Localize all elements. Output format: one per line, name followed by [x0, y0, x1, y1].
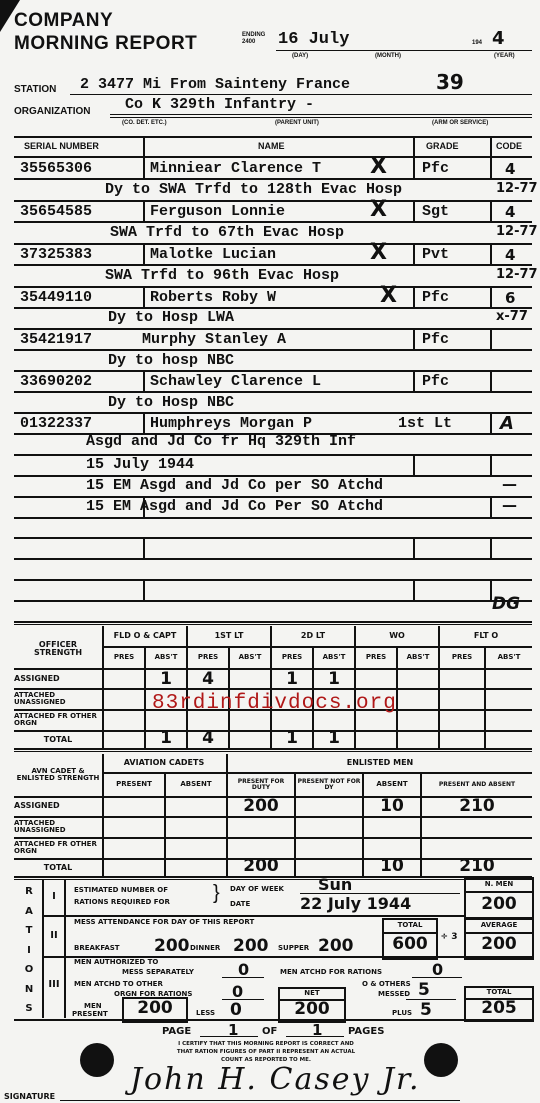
present-label: PRESENT	[72, 1010, 108, 1018]
group-flt-o: FLT O	[440, 626, 532, 646]
year-value: 4	[492, 28, 505, 49]
roster-remark: Asgd and Jd Co fr Hq 329th Inf	[86, 433, 356, 450]
roster-remark: Dy to hosp NBC	[108, 352, 234, 369]
breakfast-value: 200	[154, 936, 190, 956]
title-morning-report: MORNING REPORT	[14, 33, 197, 55]
subcol-abst: ABS'T	[146, 648, 186, 668]
x-mark: X	[370, 154, 387, 179]
enlisted-strength-title: AVN CADET & ENLISTED STRENGTH	[14, 754, 102, 796]
grade: Pfc	[422, 331, 449, 348]
enlisted-value: 200	[228, 858, 294, 876]
remark-code: 12-77	[496, 267, 538, 282]
code: 4	[505, 246, 515, 264]
total-value: 600	[384, 935, 436, 955]
subcol-present-for-duty: PRESENT FOR DUTY	[228, 774, 294, 796]
serial-number: 35449110	[20, 289, 92, 306]
net-value: 200	[280, 1000, 344, 1019]
men-box-label: N. MEN	[466, 879, 532, 891]
grade: Pfc	[422, 289, 449, 306]
grade: Pfc	[422, 160, 449, 177]
x-mark: X	[370, 197, 387, 222]
brace: }	[213, 882, 220, 905]
remark-code: 12-77	[496, 224, 538, 239]
subcol-abst: ABS'T	[398, 648, 438, 668]
org-caption-co: (CO. DET. ETC.)	[122, 120, 167, 126]
remark-code: x-77	[496, 309, 528, 324]
page-label: PAGE	[162, 1026, 191, 1037]
ending-label: ENDING 2400	[242, 32, 272, 46]
signature: John H. Casey Jr.	[130, 1062, 421, 1097]
men-authorized-label: MEN AUTHORIZED TO	[74, 958, 158, 966]
breakfast-label: BREAKFAST	[74, 944, 120, 952]
supper-value: 200	[318, 936, 354, 956]
less-label: LESS	[196, 1009, 215, 1017]
divide-by-three: ÷ 3	[440, 925, 458, 951]
enlisted-value: 210	[422, 858, 532, 876]
station-label: STATION	[14, 84, 56, 95]
watermark: 83rdinfdivdocs.org	[152, 692, 397, 715]
subcol-pres: PRES	[104, 648, 144, 668]
punch-hole-right	[424, 1043, 458, 1077]
enlisted-value: 210	[422, 797, 532, 817]
dinner-label: DINNER	[190, 944, 220, 952]
subcol-pres: PRES	[356, 648, 396, 668]
serial-number: 01322337	[20, 415, 92, 432]
section-i-label: RATIONS REQUIRED FOR	[74, 898, 170, 906]
section-i-label: ESTIMATED NUMBER OF	[74, 886, 168, 894]
enlisted-value: 10	[364, 797, 420, 817]
roster-extra-line: 15 EM Asgd and Jd Co per SO Atchd	[86, 477, 383, 494]
row-label-attached-unassigned: ATTACHED UNASSIGNED	[14, 817, 102, 837]
grade: 1st Lt	[398, 415, 452, 432]
row-label-attached-other: ATTACHED FR OTHER ORGN	[14, 710, 102, 730]
roster-extra-line: 15 EM Asgd and Jd Co Per SO Atchd	[86, 498, 383, 515]
supper-label: SUPPER	[278, 944, 309, 952]
serial-number: 35565306	[20, 160, 92, 177]
code: —	[502, 496, 517, 514]
grade: Sgt	[422, 203, 449, 220]
day-caption: (DAY)	[292, 53, 308, 59]
less-value: 0	[230, 1000, 242, 1020]
soldier-name: Minniear Clarence T	[150, 160, 321, 177]
row-label-attached-unassigned: ATTACHED UNASSIGNED	[14, 689, 102, 709]
mess-separately-label: MESS SEPARATELY	[122, 968, 194, 976]
officer-value: 1	[146, 730, 186, 748]
of-label: OF	[262, 1026, 277, 1037]
men-box-value: 200	[466, 895, 532, 915]
messed-label: MESSED	[378, 990, 410, 998]
officer-strength-title: OFFICER STRENGTH	[14, 628, 102, 670]
total-label: TOTAL	[384, 920, 436, 932]
certification-line: THAT RATION FIGURES OF PART II REPRESENT…	[146, 1049, 386, 1055]
code: 6	[505, 289, 515, 307]
serial-number: 35421917	[20, 331, 92, 348]
title-company: COMPANY	[14, 10, 113, 32]
officer-value: 1	[314, 670, 354, 690]
month-caption: (MONTH)	[375, 53, 401, 59]
subcol-present-not-for-duty: PRESENT NOT FOR DY	[296, 774, 362, 796]
serial-number: 33690202	[20, 373, 92, 390]
plus-value: 5	[420, 1000, 432, 1020]
punch-hole-left	[80, 1043, 114, 1077]
soldier-name: Schawley Clarence L	[150, 373, 321, 390]
average-value: 200	[466, 935, 532, 955]
roster-remark: Dy to Hosp LWA	[108, 309, 234, 326]
others-messed-value: 5	[418, 980, 430, 1000]
code: A	[500, 413, 514, 434]
group-2d-lt: 2D LT	[272, 626, 354, 646]
group-1st-lt: 1ST LT	[188, 626, 270, 646]
station-value: 2 3477 Mi From Sainteny France	[80, 76, 350, 93]
section-i-number: I	[44, 882, 64, 912]
men-atchd-rations-label: MEN ATCHD FOR RATIONS	[280, 968, 382, 976]
officer-value: 1	[272, 730, 312, 748]
serial-number: 35654585	[20, 203, 92, 220]
men-present-value: 200	[124, 999, 186, 1019]
plus-label: PLUS	[392, 1009, 412, 1017]
roster-remark: Dy to Hosp NBC	[108, 394, 234, 411]
report-date: 16 July	[278, 30, 349, 49]
col-grade: GRADE	[426, 141, 459, 151]
subcol-pres: PRES	[188, 648, 228, 668]
roster-remark: Dy to SWA Trfd to 128th Evac Hosp	[105, 181, 402, 198]
signature-label: SIGNATURE	[4, 1092, 55, 1101]
row-label-total: TOTAL	[14, 860, 102, 876]
certification-line: I CERTIFY THAT THIS MORNING REPORT IS CO…	[146, 1041, 386, 1047]
row-label-total: TOTAL	[14, 732, 102, 748]
subcol-pres: PRES	[440, 648, 484, 668]
pages-label: PAGES	[348, 1026, 384, 1037]
average-label: AVERAGE	[466, 920, 532, 932]
subcol-abst: ABS'T	[486, 648, 532, 668]
group-wo: WO	[356, 626, 438, 646]
enlisted-value: 200	[228, 797, 294, 817]
rations-total-value: 205	[466, 999, 532, 1018]
men-atchd-other-label: MEN ATCHD TO OTHER	[74, 980, 163, 988]
initials: DG	[492, 594, 520, 614]
col-name: NAME	[258, 141, 285, 151]
rations-total-label: TOTAL	[466, 987, 532, 998]
officer-value: 4	[188, 730, 228, 748]
roster-remark: SWA Trfd to 96th Evac Hosp	[105, 267, 339, 284]
officer-value: 1	[314, 730, 354, 748]
mess-attendance-label: MESS ATTENDANCE FOR DAY OF THIS REPORT	[74, 918, 254, 926]
group-enlisted-men: ENLISTED MEN	[228, 754, 532, 772]
enlisted-value: 10	[364, 858, 420, 876]
remark-code: 12-77	[496, 181, 538, 196]
soldier-name: Humphreys Morgan P	[150, 415, 312, 432]
subcol-absent: ABSENT	[166, 774, 226, 796]
dinner-value: 200	[233, 936, 269, 956]
section-iii-number: III	[44, 970, 64, 1000]
organization-value: Co K 329th Infantry -	[125, 96, 314, 113]
soldier-name: Murphy Stanley A	[142, 331, 286, 348]
officer-value: 1	[146, 670, 186, 690]
officer-value: 1	[272, 670, 312, 690]
roster-extra-line: 15 July 1944	[86, 456, 194, 473]
year-caption: (YEAR)	[494, 53, 515, 59]
row-label-attached-other: ATTACHED FR OTHER ORGN	[14, 838, 102, 858]
group-fld-o-capt: FLD O & CAPT	[104, 626, 186, 646]
grade: Pfc	[422, 373, 449, 390]
row-label-assigned: ASSIGNED	[14, 670, 102, 688]
serial-number: 37325383	[20, 246, 92, 263]
subcol-present-and-absent: PRESENT AND ABSENT	[422, 774, 532, 796]
year-prefix: 194	[472, 40, 482, 46]
roster-remark: SWA Trfd to 67th Evac Hosp	[110, 224, 344, 241]
grade: Pvt	[422, 246, 449, 263]
row-label-assigned: ASSIGNED	[14, 797, 102, 815]
day-of-week-value: Sun	[318, 875, 352, 894]
day-of-week-label: DAY OF WEEK	[230, 885, 284, 893]
group-aviation-cadets: AVIATION CADETS	[104, 754, 224, 772]
ration-date-value: 22 July 1944	[300, 894, 411, 913]
men-label: MEN	[84, 1002, 102, 1010]
organization-label: ORGANIZATION	[14, 106, 90, 117]
net-label: NET	[280, 988, 344, 999]
section-ii-number: II	[44, 918, 64, 954]
soldier-name: Roberts Roby W	[150, 289, 276, 306]
subcol-absent: ABSENT	[364, 774, 420, 796]
org-caption-parent: (PARENT UNIT)	[275, 120, 319, 126]
code: —	[502, 475, 517, 493]
col-serial-number: SERIAL NUMBER	[24, 141, 99, 151]
x-mark: X	[370, 240, 387, 265]
col-code: CODE	[496, 141, 522, 151]
rations-side-label: R A T I O N S	[22, 882, 36, 1019]
code: 4	[505, 203, 515, 221]
soldier-name: Malotke Lucian	[150, 246, 276, 263]
date-label: DATE	[230, 900, 250, 908]
soldier-name: Ferguson Lonnie	[150, 203, 285, 220]
subcol-present: PRESENT	[104, 774, 164, 796]
x-mark: X	[380, 283, 397, 308]
subcol-abst: ABS'T	[314, 648, 354, 668]
station-note: 39	[436, 70, 464, 94]
subcol-pres: PRES	[272, 648, 312, 668]
officers-others-label: O & OTHERS	[362, 980, 411, 988]
officer-value: 4	[188, 670, 228, 690]
code: 4	[505, 160, 515, 178]
subcol-abst: ABS'T	[230, 648, 270, 668]
org-caption-arm: (ARM OR SERVICE)	[432, 120, 488, 126]
